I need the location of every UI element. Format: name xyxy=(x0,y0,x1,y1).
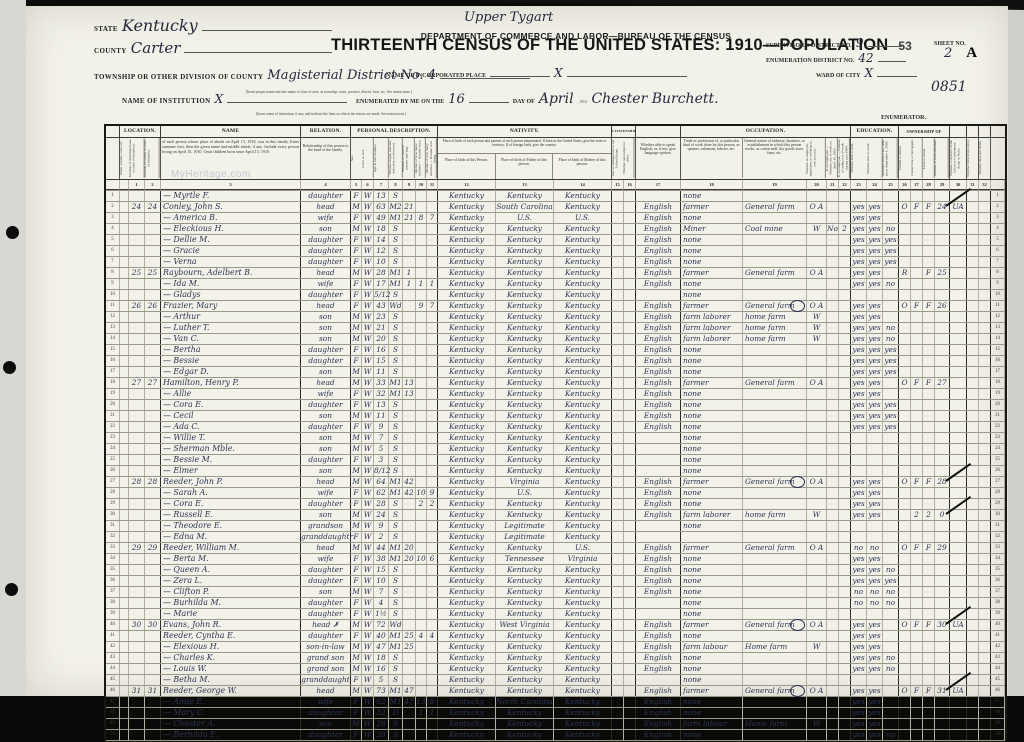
cell-imm xyxy=(612,356,624,366)
cell-hfh xyxy=(923,730,935,740)
cell-wks xyxy=(839,686,851,696)
cell-name: — Theodore E. xyxy=(161,521,301,531)
cell-fam xyxy=(145,345,161,355)
cell-mar: S xyxy=(389,576,403,586)
cell-street xyxy=(120,257,129,267)
cell-sch xyxy=(883,466,899,476)
cell-fbp: Kentucky xyxy=(496,422,554,432)
cell-hfh xyxy=(923,422,935,432)
cell-df xyxy=(979,653,991,663)
col-deaf: Whether deaf and dumb. xyxy=(979,138,990,178)
cell-sch: yes xyxy=(883,576,899,586)
cell-wks xyxy=(839,301,851,311)
cell-hfh xyxy=(923,389,935,399)
cell-fbp: South Carolina xyxy=(496,202,554,212)
col-number-wr: 24 xyxy=(867,180,883,190)
cell-df xyxy=(979,532,991,542)
cell-vet xyxy=(950,543,967,553)
cell-nat xyxy=(624,257,636,267)
cell-dw xyxy=(129,598,145,608)
cell-bp: Kentucky xyxy=(438,510,496,520)
cell-dw: 29 xyxy=(129,543,145,553)
cell-wks xyxy=(839,587,851,597)
cell-rel: son xyxy=(301,224,351,234)
cell-rn: 27 xyxy=(991,477,1005,487)
cell-age: 62 xyxy=(374,488,389,498)
cell-rel: daughter xyxy=(301,708,351,718)
enumerator-label: Enumerator. xyxy=(881,115,926,121)
cell-bl xyxy=(967,202,979,212)
cell-fbp: Kentucky xyxy=(496,279,554,289)
cell-cl xyxy=(427,642,438,652)
cell-bp: Kentucky xyxy=(438,653,496,663)
cell-rd: yes xyxy=(851,246,867,256)
cell-yrs xyxy=(403,422,416,432)
cell-street xyxy=(120,389,129,399)
cell-fbp: Kentucky xyxy=(496,367,554,377)
cell-hor: O xyxy=(899,620,911,630)
cell-mbp: Kentucky xyxy=(554,642,612,652)
cell-ln: 2 xyxy=(106,202,120,212)
cell-nat xyxy=(624,730,636,740)
cell-cb: 10 xyxy=(416,554,427,564)
cell-bl xyxy=(967,708,979,718)
cell-rn: 36 xyxy=(991,576,1005,586)
cell-lang: English xyxy=(636,400,681,410)
table-row: 20— Cora E.daughterFW13SKentuckyKentucky… xyxy=(106,400,1005,411)
cell-sch xyxy=(883,389,899,399)
cell-hfh xyxy=(923,279,935,289)
cell-rn: 20 xyxy=(991,400,1005,410)
cell-mar: M2 xyxy=(389,202,403,212)
cell-wks xyxy=(839,719,851,729)
cell-fbp: Virginia xyxy=(496,477,554,487)
cell-lang: English xyxy=(636,268,681,278)
cell-ow xyxy=(827,499,839,509)
cell-mar: S xyxy=(389,367,403,377)
cell-rel: son xyxy=(301,444,351,454)
group-education: EDUCATION. xyxy=(851,126,899,138)
cell-hfh xyxy=(923,499,935,509)
cell-imm xyxy=(612,664,624,674)
cell-bl xyxy=(967,301,979,311)
cell-yrs xyxy=(403,708,416,718)
cell-lang xyxy=(636,455,681,465)
state-value: Kentucky xyxy=(122,16,198,35)
supervisor-value: 9 xyxy=(856,36,864,50)
cell-hfm xyxy=(911,697,923,707)
cell-df xyxy=(979,367,991,377)
cell-imm xyxy=(612,224,624,234)
cell-ind xyxy=(743,433,807,443)
cell-ln: 38 xyxy=(106,598,120,608)
township-label: Township or other division of county xyxy=(94,73,263,81)
cell-fam: 25 xyxy=(145,268,161,278)
cell-yrs xyxy=(403,224,416,234)
cell-yrs xyxy=(403,191,416,201)
cell-cl xyxy=(427,312,438,322)
cell-ln: 37 xyxy=(106,587,120,597)
cell-ow: No xyxy=(827,224,839,234)
cell-df xyxy=(979,257,991,267)
cell-cb xyxy=(416,356,427,366)
cell-bp: Kentucky xyxy=(438,367,496,377)
cell-rel: wife xyxy=(301,488,351,498)
cell-colr: W xyxy=(362,378,374,388)
cell-cls xyxy=(807,521,827,531)
cell-nat xyxy=(624,609,636,619)
cell-yrs xyxy=(403,411,416,421)
cell-mar: D xyxy=(389,708,403,718)
cell-colr: W xyxy=(362,521,374,531)
col-age: Age at last birthday. xyxy=(374,138,389,178)
cell-sch: no xyxy=(883,565,899,575)
cell-lang: English xyxy=(636,389,681,399)
cell-occ: none xyxy=(681,708,743,718)
cell-name: — Edgar D. xyxy=(161,367,301,377)
col-number-sch: 25 xyxy=(883,180,899,190)
cell-bp: Kentucky xyxy=(438,323,496,333)
cell-cl xyxy=(427,675,438,685)
cell-street xyxy=(120,235,129,245)
cell-cls: O A xyxy=(807,268,827,278)
cell-fam xyxy=(145,389,161,399)
cell-dw xyxy=(129,576,145,586)
table-row: 35— Queen A.daughterFW15SKentuckyKentuck… xyxy=(106,565,1005,576)
group-home: OWNERSHIP OF HOME. xyxy=(899,126,950,138)
cell-cls xyxy=(807,213,827,223)
cell-wr: yes xyxy=(867,642,883,652)
cell-mar: S xyxy=(389,411,403,421)
cell-hfm xyxy=(911,642,923,652)
cell-sch: no xyxy=(883,279,899,289)
cell-imm xyxy=(612,620,624,630)
cell-cls xyxy=(807,488,827,498)
cell-fam xyxy=(145,400,161,410)
cell-hor xyxy=(899,422,911,432)
col-number-ln xyxy=(106,180,120,190)
cell-ind xyxy=(743,400,807,410)
cell-ind xyxy=(743,675,807,685)
cell-nat xyxy=(624,290,636,300)
cell-df xyxy=(979,488,991,498)
cell-rn: 5 xyxy=(991,235,1005,245)
cell-cb xyxy=(416,191,427,201)
cell-cl xyxy=(427,686,438,696)
cell-hfh: F xyxy=(923,378,935,388)
cell-ind xyxy=(743,235,807,245)
cell-wr xyxy=(867,191,883,201)
cell-bl xyxy=(967,323,979,333)
cell-wks xyxy=(839,510,851,520)
cell-nat xyxy=(624,202,636,212)
cell-nat xyxy=(624,378,636,388)
cell-ln: 32 xyxy=(106,532,120,542)
cell-bp: Kentucky xyxy=(438,191,496,201)
table-row: 13— Luther T.sonMW21SKentuckyKentuckyKen… xyxy=(106,323,1005,334)
cell-bl xyxy=(967,224,979,234)
cell-rn: 47 xyxy=(991,697,1005,707)
cell-cl xyxy=(427,576,438,586)
cell-lang: English xyxy=(636,334,681,344)
cell-wr: no xyxy=(867,587,883,597)
cell-age: 18 xyxy=(374,653,389,663)
cell-wks xyxy=(839,730,851,740)
cell-ow xyxy=(827,257,839,267)
cell-occ: none xyxy=(681,345,743,355)
cell-vet xyxy=(950,587,967,597)
cell-cl xyxy=(427,334,438,344)
cell-ind: Home farm xyxy=(743,642,807,652)
cell-cls xyxy=(807,499,827,509)
cell-occ: none xyxy=(681,499,743,509)
institution-note: [Insert name of institution, if any, and… xyxy=(256,112,406,116)
cell-hor xyxy=(899,466,911,476)
cell-yrs xyxy=(403,620,416,630)
cell-street xyxy=(120,664,129,674)
cell-bl xyxy=(967,499,979,509)
cell-rd: yes xyxy=(851,323,867,333)
nativity-note: Place of birth of each person and parent… xyxy=(438,138,611,154)
cell-vet xyxy=(950,631,967,641)
cell-cls xyxy=(807,191,827,201)
cell-hfs: 25 xyxy=(935,268,950,278)
cell-lang: English xyxy=(636,708,681,718)
cell-sch: yes xyxy=(883,257,899,267)
cell-occ: farmer xyxy=(681,543,743,553)
cell-ln: 16 xyxy=(106,356,120,366)
cell-mar: M1 xyxy=(389,477,403,487)
cell-bp: Kentucky xyxy=(438,312,496,322)
cell-ind: home farm xyxy=(743,323,807,333)
cell-occ: none xyxy=(681,675,743,685)
cell-imm xyxy=(612,675,624,685)
cell-lang: English xyxy=(636,224,681,234)
table-row: 41Reeder, Cyntha E.daughterFW40M12544Ken… xyxy=(106,631,1005,642)
cell-nat xyxy=(624,323,636,333)
cell-fbp: Kentucky xyxy=(496,334,554,344)
col-number-hfh: 28 xyxy=(923,180,935,190)
cell-hfh xyxy=(923,631,935,641)
cell-vet xyxy=(950,356,967,366)
cell-rel: daughter xyxy=(301,235,351,245)
cell-street xyxy=(120,334,129,344)
cell-age: 11 xyxy=(374,411,389,421)
cell-yrs xyxy=(403,334,416,344)
cell-name: Reeder, John P. xyxy=(161,477,301,487)
cell-wks xyxy=(839,257,851,267)
cell-mbp: Kentucky xyxy=(554,290,612,300)
cell-colr: W xyxy=(362,488,374,498)
col-number-df: 32 xyxy=(979,180,991,190)
cell-bp: Kentucky xyxy=(438,488,496,498)
cell-wks xyxy=(839,312,851,322)
cell-colr: W xyxy=(362,466,374,476)
cell-hfm: 2 xyxy=(911,510,923,520)
cell-mar: S xyxy=(389,521,403,531)
table-row: 39— MariedaughterFW1½SKentuckyKentuckyKe… xyxy=(106,609,1005,620)
cell-occ: none xyxy=(681,631,743,641)
cell-street xyxy=(120,730,129,740)
cell-bl xyxy=(967,444,979,454)
cell-age: 20 xyxy=(374,730,389,740)
cell-cl xyxy=(427,400,438,410)
cell-age: 5/12 xyxy=(374,290,389,300)
cell-occ: Miner xyxy=(681,224,743,234)
cell-name: — Bertha xyxy=(161,345,301,355)
cell-age: 18 xyxy=(374,224,389,234)
table-row: 463131Reeder, George W.headMW73M147Kentu… xyxy=(106,686,1005,697)
cell-sex: F xyxy=(351,356,362,366)
cell-wks xyxy=(839,499,851,509)
cell-hfm: F xyxy=(911,202,923,212)
table-row: 403030Evans, John R.head ✗MW72WdKentucky… xyxy=(106,620,1005,631)
cell-hor xyxy=(899,521,911,531)
cell-nat xyxy=(624,620,636,630)
cell-ind xyxy=(743,730,807,740)
table-row: 182727Hamilton, Henry P.headMW33M113Kent… xyxy=(106,378,1005,389)
cell-ind xyxy=(743,257,807,267)
cell-wks xyxy=(839,455,851,465)
cell-rn: 48 xyxy=(991,708,1005,718)
cell-street xyxy=(120,323,129,333)
cell-fam xyxy=(145,697,161,707)
cell-fam xyxy=(145,224,161,234)
cell-ow xyxy=(827,719,839,729)
cell-hfh xyxy=(923,466,935,476)
cell-occ: none xyxy=(681,246,743,256)
cell-cls: W xyxy=(807,323,827,333)
census-page: MyHeritage.com State Kentucky County Car… xyxy=(26,6,1008,696)
cell-lang: English xyxy=(636,543,681,553)
cell-df xyxy=(979,730,991,740)
cell-rel: son xyxy=(301,587,351,597)
cell-occ: farmer xyxy=(681,686,743,696)
cell-colr: W xyxy=(362,708,374,718)
cell-ind xyxy=(743,290,807,300)
cell-ind xyxy=(743,488,807,498)
cell-bp: Kentucky xyxy=(438,664,496,674)
cell-cls: O A xyxy=(807,686,827,696)
cell-df xyxy=(979,323,991,333)
cell-occ: none xyxy=(681,598,743,608)
cell-bp: Kentucky xyxy=(438,697,496,707)
cell-occ: farmer xyxy=(681,620,743,630)
cell-wr xyxy=(867,290,883,300)
col-number-yrs: 9 xyxy=(403,180,416,190)
cell-occ: none xyxy=(681,191,743,201)
col-employer-class: Whether an employer, employee, or workin… xyxy=(806,138,826,178)
cell-ln: 9 xyxy=(106,279,120,289)
cell-hfm xyxy=(911,389,923,399)
cell-sex: M xyxy=(351,620,362,630)
cell-ind xyxy=(743,499,807,509)
cell-imm xyxy=(612,301,624,311)
cell-age: 7 xyxy=(374,587,389,597)
cell-ind: General farm xyxy=(743,378,807,388)
cell-cl: 1 xyxy=(427,708,438,718)
cell-street xyxy=(120,246,129,256)
cell-street xyxy=(120,708,129,718)
cell-yrs xyxy=(403,466,416,476)
cell-name: Evans, John R. xyxy=(161,620,301,630)
cell-lang: English xyxy=(636,686,681,696)
col-number-ind: 19 xyxy=(743,180,807,190)
cell-ow xyxy=(827,686,839,696)
cell-yrs xyxy=(403,312,416,322)
cell-nat xyxy=(624,301,636,311)
cell-dw xyxy=(129,323,145,333)
cell-hfh: F xyxy=(923,543,935,553)
cell-vet xyxy=(950,510,967,520)
cell-hfh xyxy=(923,213,935,223)
cell-wks xyxy=(839,576,851,586)
cell-ow xyxy=(827,268,839,278)
cell-wks xyxy=(839,532,851,542)
cell-ow xyxy=(827,279,839,289)
cell-ow xyxy=(827,730,839,740)
cell-df xyxy=(979,411,991,421)
cell-occ: none xyxy=(681,400,743,410)
cell-fam xyxy=(145,356,161,366)
cell-hfh: F xyxy=(923,202,935,212)
cell-occ: none xyxy=(681,213,743,223)
cell-sex: F xyxy=(351,455,362,465)
cell-occ: none xyxy=(681,411,743,421)
cell-cls xyxy=(807,257,827,267)
cell-hfs xyxy=(935,499,950,509)
cell-cb xyxy=(416,653,427,663)
cell-vet xyxy=(950,345,967,355)
cell-nat xyxy=(624,433,636,443)
cell-ow xyxy=(827,367,839,377)
cell-vet xyxy=(950,565,967,575)
cell-age: 33 xyxy=(374,378,389,388)
cell-rd xyxy=(851,433,867,443)
cell-age: 3 xyxy=(374,455,389,465)
cell-cls xyxy=(807,345,827,355)
table-row: 82525Raybourn, Adelbert B.headMW28M11Ken… xyxy=(106,268,1005,279)
cell-ow xyxy=(827,433,839,443)
col-birthplace: Place of birth of this Person. xyxy=(438,154,496,180)
cell-name: Reeder, William M. xyxy=(161,543,301,553)
cell-imm xyxy=(612,422,624,432)
cell-bl xyxy=(967,576,979,586)
cell-ow xyxy=(827,422,839,432)
cell-fbp: Kentucky xyxy=(496,400,554,410)
cell-street xyxy=(120,653,129,663)
cell-wr: yes xyxy=(867,224,883,234)
handwritten-place: Upper Tygart xyxy=(464,10,553,25)
cell-rd xyxy=(851,290,867,300)
cell-hfs xyxy=(935,334,950,344)
cell-hfs xyxy=(935,598,950,608)
cell-cls xyxy=(807,411,827,421)
cell-name: — Dellie M. xyxy=(161,235,301,245)
cell-hfh xyxy=(923,323,935,333)
cell-wr: yes xyxy=(867,246,883,256)
cell-fbp: Kentucky xyxy=(496,499,554,509)
cell-bp: Kentucky xyxy=(438,290,496,300)
cell-hfs xyxy=(935,279,950,289)
cell-fam: 31 xyxy=(145,686,161,696)
cell-nat xyxy=(624,708,636,718)
cell-rd xyxy=(851,532,867,542)
cell-sch xyxy=(883,609,899,619)
cell-hfs xyxy=(935,290,950,300)
cell-cl: 7 xyxy=(427,213,438,223)
cell-bp: Kentucky xyxy=(438,235,496,245)
